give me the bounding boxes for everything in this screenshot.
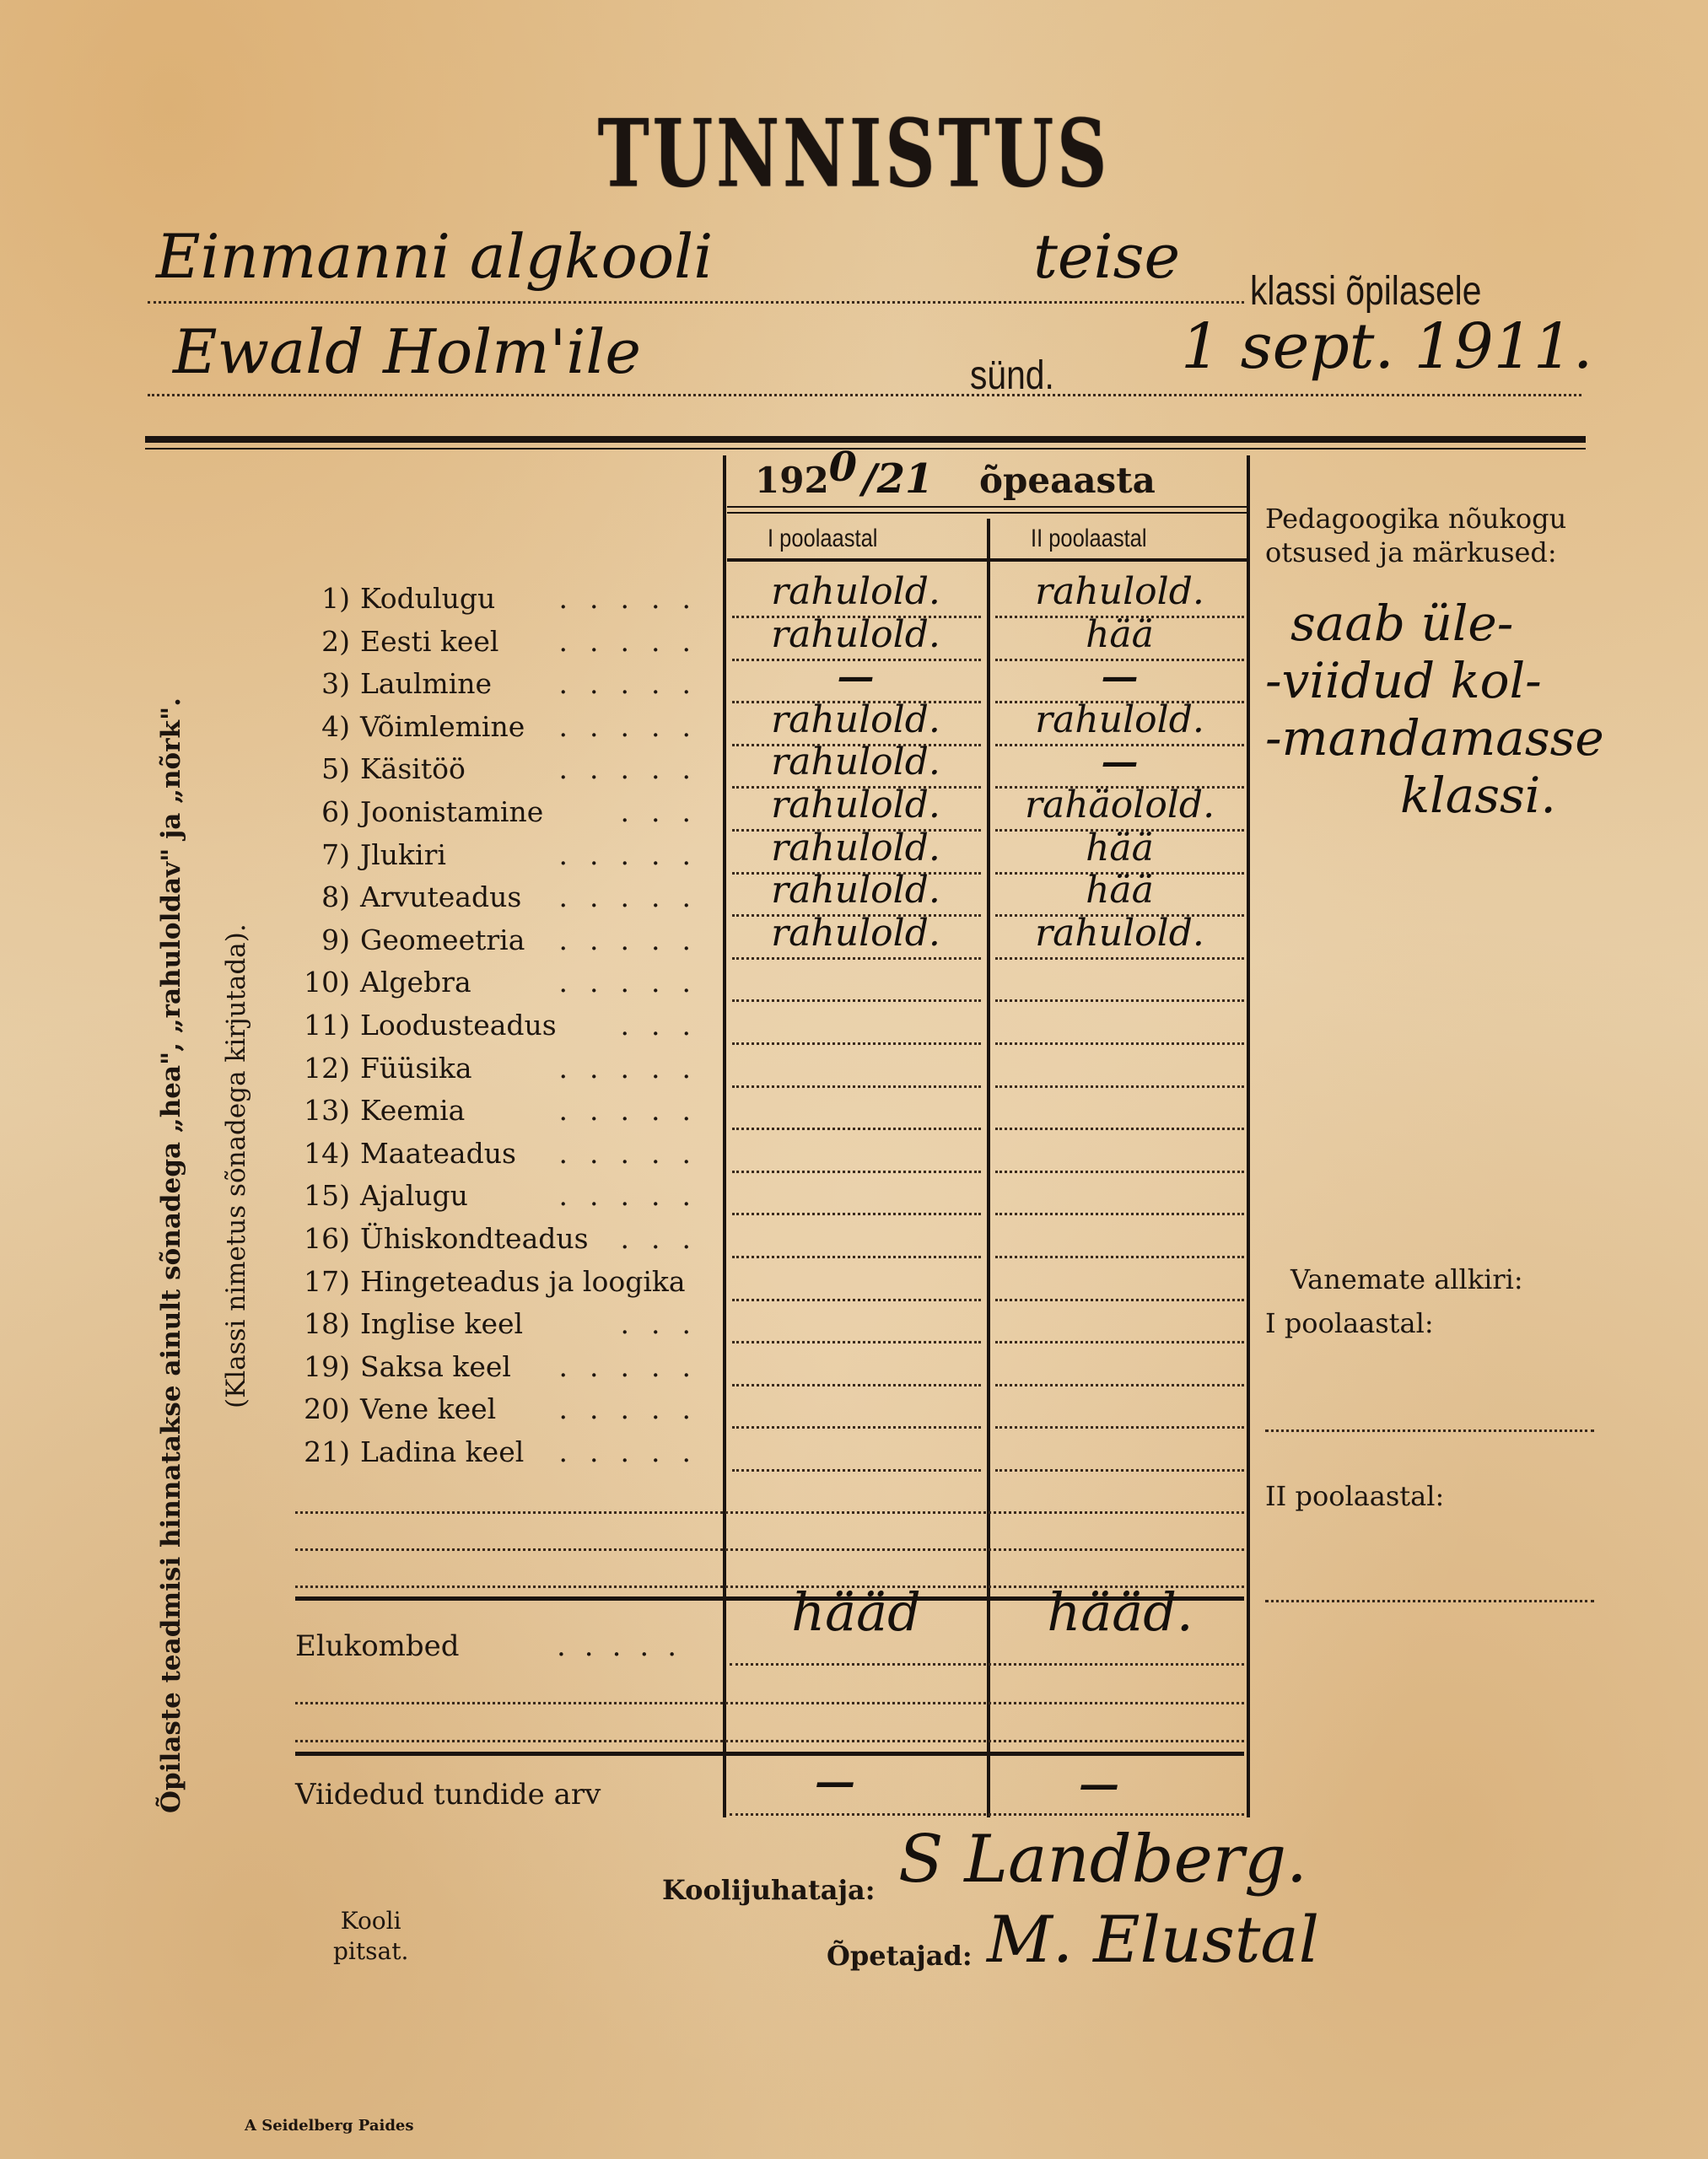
top-rule [145,436,1586,443]
subject-dots: ..... [552,625,713,658]
grade-line [995,1042,1244,1045]
subject-dots: ..... [552,710,713,743]
stamp-line2: pitsat. [333,1936,408,1967]
line2-dotted [148,394,1581,396]
subject-dots: ... [552,795,713,828]
missed-hours-label: Viidedud tundide arv [295,1778,601,1812]
subject-dots: ..... [552,1392,713,1425]
year-handwritten-digit: 0 [829,444,857,491]
stamp-line1: Kooli [333,1906,408,1936]
subject-dots: ... [552,1222,713,1255]
subject-row: 4)Võimlemine..... [291,710,713,743]
subject-number: 16) [291,1222,350,1255]
subject-dots: ..... [552,1435,713,1468]
teachers-label: Õpetajad: [827,1940,973,1972]
subject-name: Jlukiri [360,838,446,871]
grade-line [995,1256,1244,1258]
handwritten-birthdate: 1 sept. 1911. [1181,310,1592,383]
born-label: sünd. [970,353,1054,399]
grade-line [732,1213,981,1215]
grade-line [995,1341,1244,1343]
subject-name: Algebra [360,966,471,999]
subject-number: 17) [291,1265,350,1298]
head-teacher-signature: S Landberg. [898,1822,1307,1898]
grade-line [995,957,1244,960]
subject-number: 11) [291,1009,350,1042]
grade-term1: rahulold. [727,613,984,656]
grade-line [732,1469,981,1472]
grade-term1: rahulold. [727,783,984,826]
parents-signature-label: Vanemate allkiri: [1290,1263,1523,1295]
subject-name: Laulmine [360,667,492,700]
subject-row: 2)Eesti keel..... [291,625,713,658]
grade-term1: — [727,655,984,698]
subject-name: Eesti keel [360,625,498,658]
subject-number: 7) [291,838,350,871]
blank-row-2 [295,1548,1244,1551]
blank-row-5 [295,1740,1244,1742]
grade-line [995,999,1244,1002]
subject-dots: ..... [552,1052,713,1085]
grade-line [995,1171,1244,1173]
subject-number: 13) [291,1094,350,1127]
grade-line [732,1171,981,1173]
subject-name: Maateadus [360,1137,516,1170]
council-note-line: saab üle- [1290,595,1513,652]
handwritten-class: teise [1033,221,1180,292]
council-note-line: -viidud kol- [1265,652,1542,709]
subject-row: 9)Geomeetria..... [291,923,713,956]
grade-term2: rahulold. [991,698,1248,741]
subject-name: Vene keel [360,1392,496,1425]
grade-line [732,1341,981,1343]
grade-term1: rahulold. [727,698,984,741]
subject-number: 15) [291,1179,350,1212]
term1-header: I poolaastal [768,525,877,553]
council-note-line: -mandamasse [1265,709,1604,767]
subject-dots: ..... [552,1350,713,1383]
grade-line [995,1469,1244,1472]
grade-line [732,1256,981,1258]
subject-dots: ... [552,1307,713,1340]
subject-number: 6) [291,795,350,828]
grade-term1: rahulold. [727,826,984,870]
subject-number: 9) [291,923,350,956]
grade-term2: — [991,655,1248,698]
top-rule-thin [145,448,1586,450]
missed-hours-term1: — [730,1758,940,1806]
term-header-rule [727,558,1247,562]
year-printed: 192 [755,460,829,501]
subject-name: Füüsika [360,1052,472,1085]
grade-line [732,1042,981,1045]
subject-dots: ..... [552,838,713,871]
grade-line [995,1384,1244,1386]
subject-row: 5)Käsitöö..... [291,752,713,785]
conduct-label: Elukombed [295,1629,460,1663]
subject-dots: ..... [552,1137,713,1170]
grade-term2: hää [991,613,1248,656]
subject-dots: ..... [552,752,713,785]
missed-line [730,1813,1244,1816]
header-rule-2 [727,512,1247,514]
subject-row: 13)Keemia..... [291,1094,713,1127]
grade-line [732,999,981,1002]
subject-name: Arvuteadus [360,880,521,913]
grade-term1: rahulold. [727,869,984,912]
subject-dots: ..... [552,966,713,999]
subject-row: 19)Saksa keel..... [291,1350,713,1383]
subject-row: 1)Kodulugu..... [291,582,713,615]
subject-dots: ..... [552,582,713,615]
subject-name: Kodulugu [360,582,495,615]
subject-row: 11)Loodusteadus... [291,1009,713,1042]
grade-line [995,1426,1244,1429]
grade-term1: rahulold. [727,570,984,613]
subject-dots: ... [552,1009,713,1042]
subject-row: 16)Ühiskondteadus... [291,1222,713,1255]
subject-number: 2) [291,625,350,658]
subject-number: 18) [291,1307,350,1340]
conduct-term2: hääd. [994,1581,1247,1643]
side-note-class-name: (Klassi nimetus sõnadega kirjutada). [221,923,251,1408]
grade-term2: hää [991,869,1248,912]
subject-number: 5) [291,752,350,785]
subject-number: 20) [291,1392,350,1425]
head-teacher-label: Koolijuhataja: [662,1874,876,1906]
grade-line [732,1384,981,1386]
subject-row: 17)Hingeteadus ja loogika [291,1265,713,1298]
parents-term2-line [1265,1600,1594,1602]
subject-name: Geomeetria [360,923,525,956]
grade-line [995,1299,1244,1301]
grade-line [732,957,981,960]
subject-number: 12) [291,1052,350,1085]
subject-name: Joonistamine [360,795,543,828]
line1-dotted [148,301,1244,304]
grade-term2: — [991,740,1248,783]
subject-name: Keemia [360,1094,465,1127]
subject-row: 6)Joonistamine... [291,795,713,828]
subject-name: Ladina keel [360,1435,524,1468]
parents-term2-label: II poolaastal: [1265,1480,1444,1512]
handwritten-school: Einmanni algkooli [156,221,713,292]
subject-number: 4) [291,710,350,743]
school-stamp-label: Kooli pitsat. [333,1906,408,1967]
subject-dots: ..... [552,880,713,913]
grade-term2: rahäolold. [991,783,1248,826]
missed-hours-term2: — [994,1761,1204,1808]
council-note-line: klassi. [1400,767,1556,824]
document-title: TUNNISTUS [0,100,1708,209]
printer-imprint: A Seidelberg Paides [245,2117,414,2135]
grade-line [732,1128,981,1130]
conduct-term1: hääd [730,1581,983,1643]
subject-row: 3)Laulmine..... [291,667,713,700]
subject-dots: ..... [552,1179,713,1212]
conduct-dots: ..... [557,1629,695,1663]
subject-row: 20)Vene keel..... [291,1392,713,1425]
subject-row: 7)Jlukiri..... [291,838,713,871]
conduct-line [730,1663,1244,1666]
blank-row-4 [295,1702,1244,1704]
subject-row: 21)Ladina keel..... [291,1435,713,1468]
year-suffix: /21 [862,455,933,503]
parents-term1-label: I poolaastal: [1265,1307,1434,1339]
subject-name: Võimlemine [360,710,525,743]
subject-row: 18)Inglise keel... [291,1307,713,1340]
subject-row: 14)Maateadus..... [291,1137,713,1170]
subject-row: 12)Füüsika..... [291,1052,713,1085]
grade-line [995,1128,1244,1130]
grade-line [732,1085,981,1088]
subject-number: 1) [291,582,350,615]
council-label-line1: Pedagoogika nõukogu [1265,503,1566,535]
grade-term1: rahulold. [727,912,984,955]
handwritten-student-name: Ewald Holm'ile [173,316,641,387]
parents-term1-line [1265,1429,1594,1432]
subject-name: Hingeteadus ja loogika [360,1265,686,1298]
subject-number: 21) [291,1435,350,1468]
subject-number: 3) [291,667,350,700]
grade-line [732,1426,981,1429]
grade-line [732,1299,981,1301]
school-year-heading: 1920/21 õpeaasta [755,455,1156,503]
header-rule [727,506,1247,508]
subject-name: Inglise keel [360,1307,523,1340]
grade-term2: hää [991,826,1248,870]
grade-line [995,1213,1244,1215]
grade-term1: rahulold. [727,740,984,783]
grades-left-border [723,455,726,1817]
terms-divider [987,519,990,1817]
subject-dots: ..... [552,923,713,956]
subject-name: Käsitöö [360,752,466,785]
subject-number: 14) [291,1137,350,1170]
subject-name: Loodusteadus [360,1009,557,1042]
grade-line [995,1085,1244,1088]
teachers-signature: M. Elustal [987,1902,1319,1977]
subject-number: 19) [291,1350,350,1383]
subject-row: 15)Ajalugu..... [291,1179,713,1212]
council-label-line2: otsused ja märkused: [1265,536,1557,568]
subject-dots: ..... [552,667,713,700]
side-note-grading: Õpilaste teadmisi hinnatakse ainult sõna… [156,697,186,1813]
subject-row: 8)Arvuteadus..... [291,880,713,913]
school-year-label: õpeaasta [979,460,1156,501]
subject-dots: ..... [552,1094,713,1127]
subject-name: Ajalugu [360,1179,468,1212]
subject-row: 10)Algebra..... [291,966,713,999]
blank-row-1 [295,1511,1244,1514]
missed-rule [295,1752,1244,1756]
subject-number: 8) [291,880,350,913]
term2-header: II poolaastal [1031,525,1147,553]
grade-term2: rahulold. [991,912,1248,955]
subject-name: Saksa keel [360,1350,511,1383]
subject-number: 10) [291,966,350,999]
class-student-label: klassi õpilasele [1250,268,1481,315]
grade-term2: rahulold. [991,570,1248,613]
